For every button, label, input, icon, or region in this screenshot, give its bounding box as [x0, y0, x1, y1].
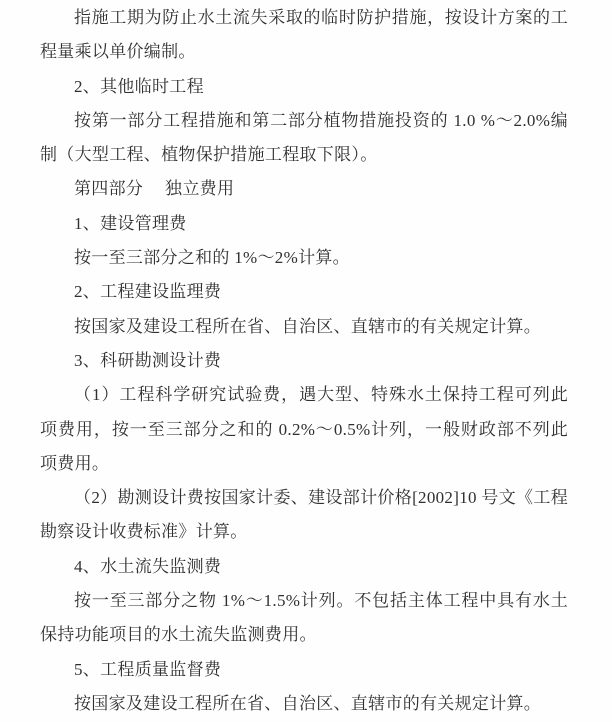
- text-line: 2、其他临时工程: [40, 70, 568, 104]
- document-text-block: 指施工期为防止水土流失采取的临时防护措施，按设计方案的工 程量乘以单价编制。 2…: [40, 1, 568, 721]
- text-line: 按一至三部分之和的 1%～2%计算。: [40, 241, 568, 275]
- section-heading: 第四部分 独立费用: [40, 172, 568, 206]
- text-line: 项费用，按一至三部分之和的 0.2%～0.5%计列，一般财政部不列此: [40, 413, 568, 447]
- text-line: 指施工期为防止水土流失采取的临时防护措施，按设计方案的工: [40, 1, 568, 35]
- list-item-heading: 3、科研勘测设计费: [40, 344, 568, 378]
- document-page: 指施工期为防止水土流失采取的临时防护措施，按设计方案的工 程量乘以单价编制。 2…: [0, 0, 612, 722]
- text-line: 勘察设计收费标准》计算。: [40, 515, 568, 549]
- text-line: 按第一部分工程措施和第二部分植物措施投资的 1.0 %～2.0%编: [40, 104, 568, 138]
- text-line: （1）工程科学研究试验费，遇大型、特殊水土保持工程可列此: [40, 378, 568, 412]
- text-line: 程量乘以单价编制。: [40, 35, 568, 69]
- text-line: （2）勘测设计费按国家计委、建设部计价格[2002]10 号文《工程: [40, 481, 568, 515]
- list-item-heading: 1、建设管理费: [40, 207, 568, 241]
- text-line: 按一至三部分之物 1%～1.5%计列。不包括主体工程中具有水土: [40, 584, 568, 618]
- text-line: 按国家及建设工程所在省、自治区、直辖市的有关规定计算。: [40, 310, 568, 344]
- text-line: 保持功能项目的水土流失监测费用。: [40, 618, 568, 652]
- text-line: 按国家及建设工程所在省、自治区、直辖市的有关规定计算。: [40, 687, 568, 721]
- text-line: 制（大型工程、植物保护措施工程取下限）。: [40, 138, 568, 172]
- list-item-heading: 5、工程质量监督费: [40, 653, 568, 687]
- text-line: 项费用。: [40, 447, 568, 481]
- list-item-heading: 2、工程建设监理费: [40, 275, 568, 309]
- list-item-heading: 4、水土流失监测费: [40, 550, 568, 584]
